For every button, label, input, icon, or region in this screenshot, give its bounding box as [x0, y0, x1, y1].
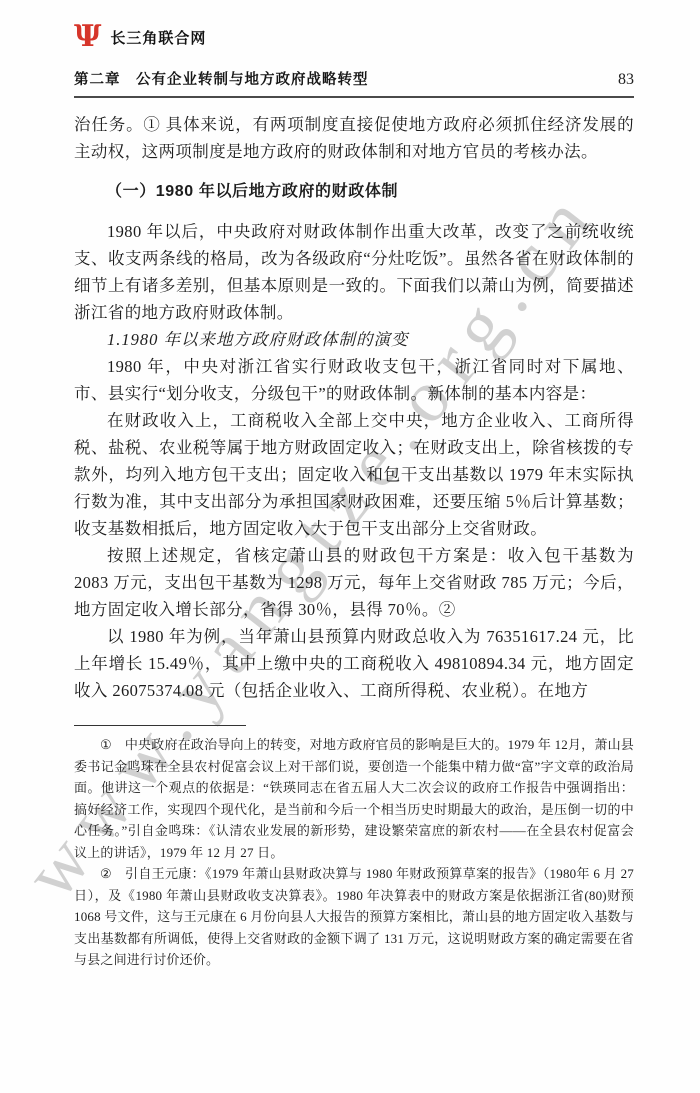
footnote-marker: ① — [100, 737, 112, 752]
site-name: 长三角联合网 — [110, 27, 206, 48]
running-head: 第二章 公有企业转制与地方政府战略转型 83 — [74, 68, 634, 89]
footnote-marker: ② — [100, 866, 112, 881]
paragraph: 1980 年以后，中央政府对财政体制作出重大改革，改变了之前统收统支、收支两条线… — [74, 218, 634, 326]
body-text: 治任务。① 具体来说，有两项制度直接促使地方政府必须抓住经济发展的主动权，这两项… — [74, 111, 634, 704]
paragraph: 在财政收入上，工商税收入全部上交中央，地方企业收入、工商所得税、盐税、农业税等属… — [74, 407, 634, 542]
paragraph: 治任务。① 具体来说，有两项制度直接促使地方政府必须抓住经济发展的主动权，这两项… — [74, 111, 634, 165]
page-number: 83 — [618, 71, 634, 89]
chapter-title: 第二章 公有企业转制与地方政府战略转型 — [74, 68, 369, 89]
paragraph: 以 1980 年为例，当年萧山县预算内财政总收入为 76351617.24 元，… — [74, 623, 634, 704]
psi-logo-icon: Ψ — [74, 22, 101, 52]
section-heading: （一）1980 年以后地方政府的财政体制 — [74, 178, 634, 205]
footnote-2: ②引自王元康：《1979 年萧山县财政决算与 1980 年财政预算草案的报告》（… — [74, 863, 634, 971]
footnote-1: ①中央政府在政治导向上的转变，对地方政府官员的影响是巨大的。1979 年 12月… — [74, 734, 634, 863]
header-rule — [74, 96, 634, 98]
footnote-text: 中央政府在政治导向上的转变，对地方政府官员的影响是巨大的。1979 年 12月，… — [74, 737, 634, 860]
subsection-heading: 1.1980 年以来地方政府财政体制的演变 — [74, 326, 634, 353]
book-page: Ψ 长三角联合网 第二章 公有企业转制与地方政府战略转型 83 治任务。① 具体… — [0, 0, 700, 971]
footnote-text: 引自王元康：《1979 年萧山县财政决算与 1980 年财政预算草案的报告》（1… — [74, 866, 634, 967]
paragraph: 1980 年，中央对浙江省实行财政收支包干，浙江省同时对下属地、市、县实行“划分… — [74, 353, 634, 407]
footnote-rule — [74, 725, 246, 726]
paragraph: 按照上述规定，省核定萧山县的财政包干方案是：收入包干基数为 2083 万元，支出… — [74, 542, 634, 623]
site-header: Ψ 长三角联合网 — [74, 18, 634, 56]
footnotes: ①中央政府在政治导向上的转变，对地方政府官员的影响是巨大的。1979 年 12月… — [74, 734, 634, 971]
